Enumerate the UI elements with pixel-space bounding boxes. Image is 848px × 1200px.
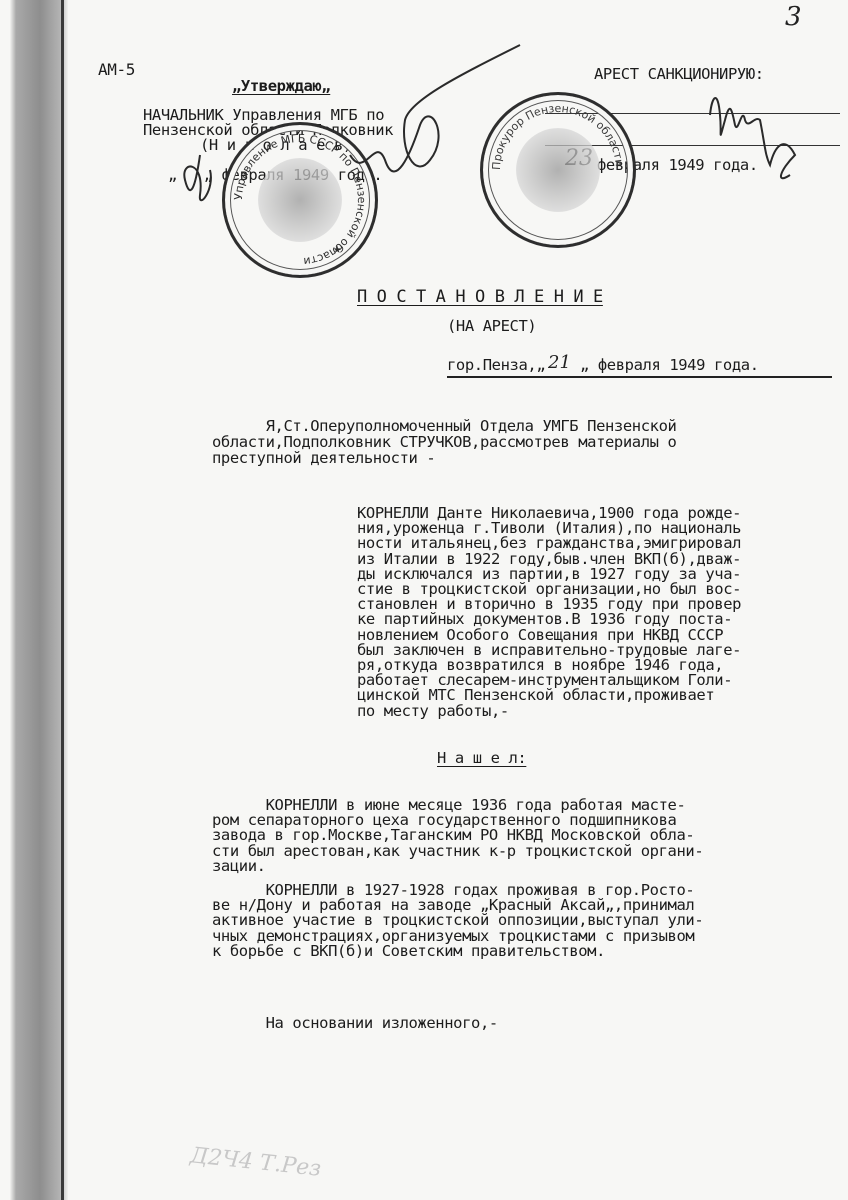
intro-line: преступной деятельности - [212,450,435,466]
text-line: ности итальянец,без гражданства,эмигриро… [357,535,741,551]
document-subtitle: (НА АРЕСТ) [447,318,536,334]
signature-approval [160,40,540,220]
text-line: цинской МТС Пензенской области,проживает [357,687,714,703]
text-line: завода в гор.Москве,Таганским РО НКВД Мо… [212,827,694,843]
document-code: АМ-5 [98,62,135,78]
text-line: ке партийных документов.В 1936 году пост… [357,611,732,627]
text-line: сти был арестован,как участник к-р троцк… [212,843,703,859]
star-icon: ★ [333,241,342,257]
text-line: активное участие в троцкистской оппозици… [212,912,703,928]
binding-edge [61,0,64,1200]
basis-line: На основании изложенного,- [212,1015,498,1031]
faint-archive-note: Д2Ч4 Т.Рез [189,1143,322,1182]
intro-line: Я,Ст.Оперуполномоченный Отдела УМГБ Пенз… [212,418,676,434]
place-date-day: 21 [548,352,571,373]
intro-line: области,Подполковник СТРУЧКОВ,рассмотрев… [212,434,676,450]
found-heading: Н а ш е л: [437,750,526,766]
place-date-underline [447,376,832,378]
text-line: зации. [212,858,266,874]
text-line: к борьбе с ВКП(б)и Советским правительст… [212,943,605,959]
binding-shadow [10,0,68,1200]
signature-sanction [700,75,820,195]
place-date-suffix: „ февраля 1949 года. [580,357,759,373]
page-number: 3 [785,2,802,32]
document-title: П О С Т А Н О В Л Е Н И Е [357,289,603,305]
text-line: по месту работы,- [357,703,509,719]
place-date-prefix: гор.Пенза,„ [447,357,545,373]
